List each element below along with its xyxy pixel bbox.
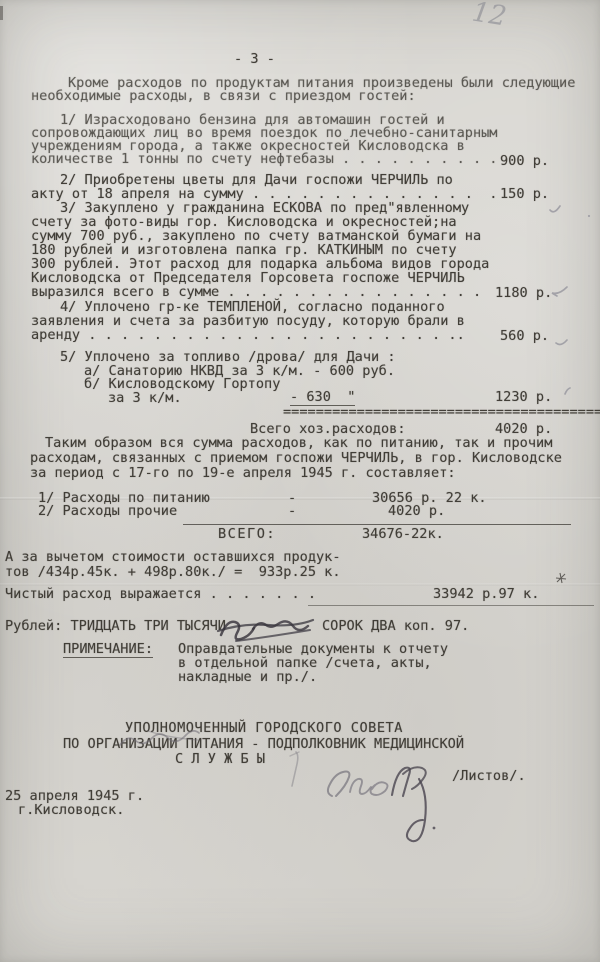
double-separator: ========================================… (283, 406, 600, 419)
note-label: ПРИМЕЧАНИЕ: (63, 643, 153, 658)
amount-words-prefix: Рублей: ТРИДЦАТЬ ТРИ ТЫСЯЧИ (5, 620, 226, 633)
expense-3-line-7: выразился всего в сумме . . . . . . . . … (31, 286, 481, 299)
net-expense-value: 33942 р.97 к. (433, 588, 539, 601)
asterisk-mark (556, 573, 566, 583)
grand-total-label: ВСЕГО: (218, 528, 276, 541)
summary-row-2-dash: - (288, 505, 296, 518)
expense-4-amount: 560 р. (500, 330, 549, 343)
note-line-3: накладные и пр./. (178, 671, 317, 684)
signatory-title-line-3: С Л У Ж Б Ы (175, 753, 265, 766)
document-page: 12 - 3 - Кроме расходов по продуктам пит… (0, 0, 600, 962)
signatory-title-line-2: ПО ОРГАНИЗАЦИИ ПИТАНИЯ - ПОДПОЛКОВНИК МЕ… (63, 738, 464, 751)
expense-5-amount: 1230 р. (495, 391, 552, 404)
signatory-title-line-1: УПОЛНОМОЧЕННЫЙ ГОРОДСКОГО СОВЕТА (125, 722, 403, 735)
document-city: г.Кисловодск. (18, 804, 124, 817)
summary-row-2-label: 2/ Расходы прочие (38, 505, 177, 518)
amount-words-suffix: СОРОК ДВА коп. 97. (322, 620, 469, 633)
page-number-label: - 3 - (234, 53, 275, 66)
expense-1-line-4: количестве 1 тонны по счету нефтебазы . … (31, 153, 498, 166)
pencil-check-marks (550, 206, 590, 394)
pencil-page-number: 12 (470, 0, 509, 33)
summary-line-3: за период с 17-го по 19-е апреля 1945 г.… (30, 467, 456, 480)
deduction-line-1: А за вычетом стоимости оставшихся продук… (5, 551, 341, 564)
summary-line-1: Таким образом вся сумма расходов, как по… (45, 437, 552, 450)
deduction-line-2: тов /434р.45к. + 498р.80к./ = 933р.25 к. (5, 566, 341, 579)
expense-4-line-3: аренду . . . . . . . . . . . . . . . . .… (31, 329, 465, 342)
summary-line-2: расходам, связанных с приемом госпожи ЧЕ… (30, 452, 562, 465)
expense-5-line-b2: за 3 к/м. (108, 392, 182, 405)
net-underline (308, 605, 594, 606)
net-expense-label: Чистый расход выражается . . . . . . . (5, 588, 316, 601)
signature-ink (290, 752, 435, 841)
grand-total-value: 34676-22к. (362, 528, 444, 541)
scan-edge-mark (0, 6, 3, 20)
ink-scribble-correction (218, 620, 313, 641)
expense-2-amount: 150 р. (500, 188, 549, 201)
summary-row-2-value: 4020 р. (388, 505, 445, 518)
signatory-name: /Листов/. (452, 770, 526, 783)
expense-1-amount: 900 р. (500, 155, 549, 168)
intro-line-2: необходимые расходы, в связи с приездом … (31, 90, 416, 103)
expense-3-amount: 1180 р. (495, 287, 552, 300)
